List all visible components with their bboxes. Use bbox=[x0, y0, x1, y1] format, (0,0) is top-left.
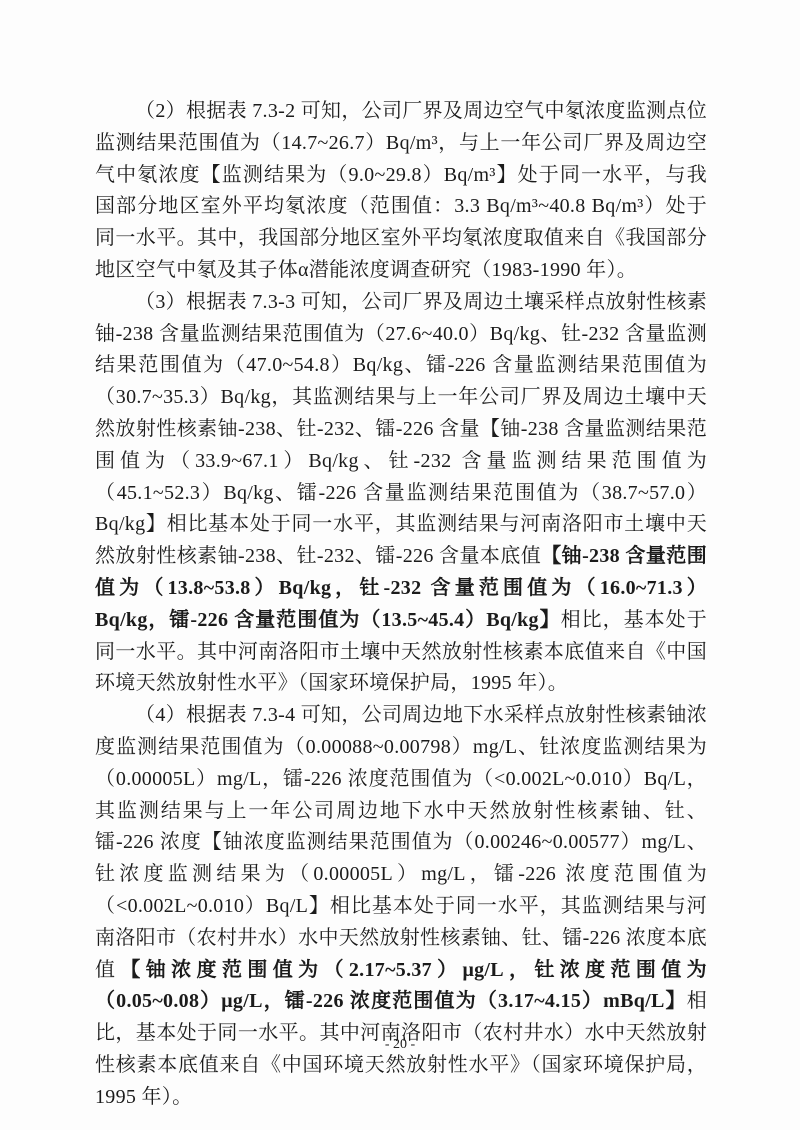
paragraph-radon-air: （2）根据表 7.3-2 可知，公司厂界及周边空气中氡浓度监测点位监测结果范围值… bbox=[95, 96, 707, 287]
document-page: （2）根据表 7.3-2 可知，公司厂界及周边空气中氡浓度监测点位监测结果范围值… bbox=[0, 0, 800, 1130]
bold-text-run: 【铀浓度范围值为（2.17~5.37）μg/L，钍浓度范围值为（0.05~0.0… bbox=[95, 959, 707, 1013]
text-run: （2）根据表 7.3-2 可知，公司厂界及周边空气中氡浓度监测点位监测结果范围值… bbox=[95, 100, 707, 281]
text-run: （4）根据表 7.3-4 可知，公司周边地下水采样点放射性核素铀浓度监测结果范围… bbox=[95, 704, 707, 980]
text-run: （3）根据表 7.3-3 可知，公司厂界及周边土壤采样点放射性核素铀-238 含… bbox=[95, 291, 707, 567]
page-number: - 20 - bbox=[0, 1037, 800, 1053]
paragraph-soil-radionuclides: （3）根据表 7.3-3 可知，公司厂界及周边土壤采样点放射性核素铀-238 含… bbox=[95, 287, 707, 700]
document-body: （2）根据表 7.3-2 可知，公司厂界及周边空气中氡浓度监测点位监测结果范围值… bbox=[95, 96, 707, 1114]
